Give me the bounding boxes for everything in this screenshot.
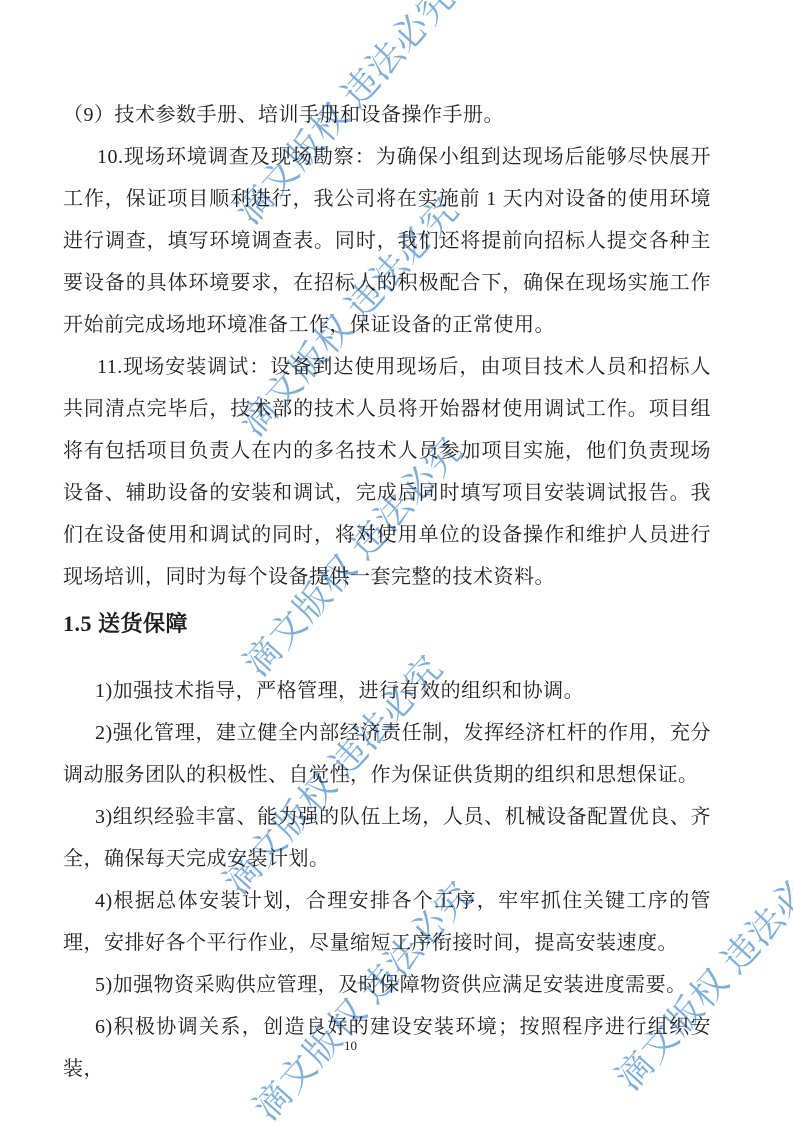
list-item-6: 6)积极协调关系，创造良好的建设安装环境；按照程序进行组织安装， [63,1006,711,1090]
paragraph-10-site-survey: 10.现场环境调查及现场勘察：为确保小组到达现场后能够尽快展开工作，保证项目顺利… [63,136,711,346]
paragraph-11-installation-debugging: 11.现场安装调试：设备到达使用现场后，由项目技术人员和招标人共同清点完毕后，技… [63,346,711,598]
list-item-5: 5)加强物资采购供应管理，及时保障物资供应满足安装进度需要。 [63,964,711,1006]
list-item-3: 3)组织经验丰富、能力强的队伍上场，人员、机械设备配置优良、齐全，确保每天完成安… [63,796,711,880]
list-item-2: 2)强化管理，建立健全内部经济责任制，发挥经济杠杆的作用，充分调动服务团队的积极… [63,712,711,796]
list-item-4: 4)根据总体安装计划，合理安排各个工序，牢牢抓住关键工序的管理，安排好各个平行作… [63,880,711,964]
document-content: （9）技术参数手册、培训手册和设备操作手册。 10.现场环境调查及现场勘察：为确… [63,94,711,1090]
section-heading-1-5: 1.5 送货保障 [63,603,711,645]
paragraph-9: （9）技术参数手册、培训手册和设备操作手册。 [63,94,711,136]
page-number: 10 [344,1038,357,1054]
document-page: 滴文版权 违法必究 滴文版权 违法必究 滴文版权 违法必究 滴文版权 违法必究 … [0,0,793,1122]
list-item-1: 1)加强技术指导，严格管理，进行有效的组织和协调。 [63,670,711,712]
